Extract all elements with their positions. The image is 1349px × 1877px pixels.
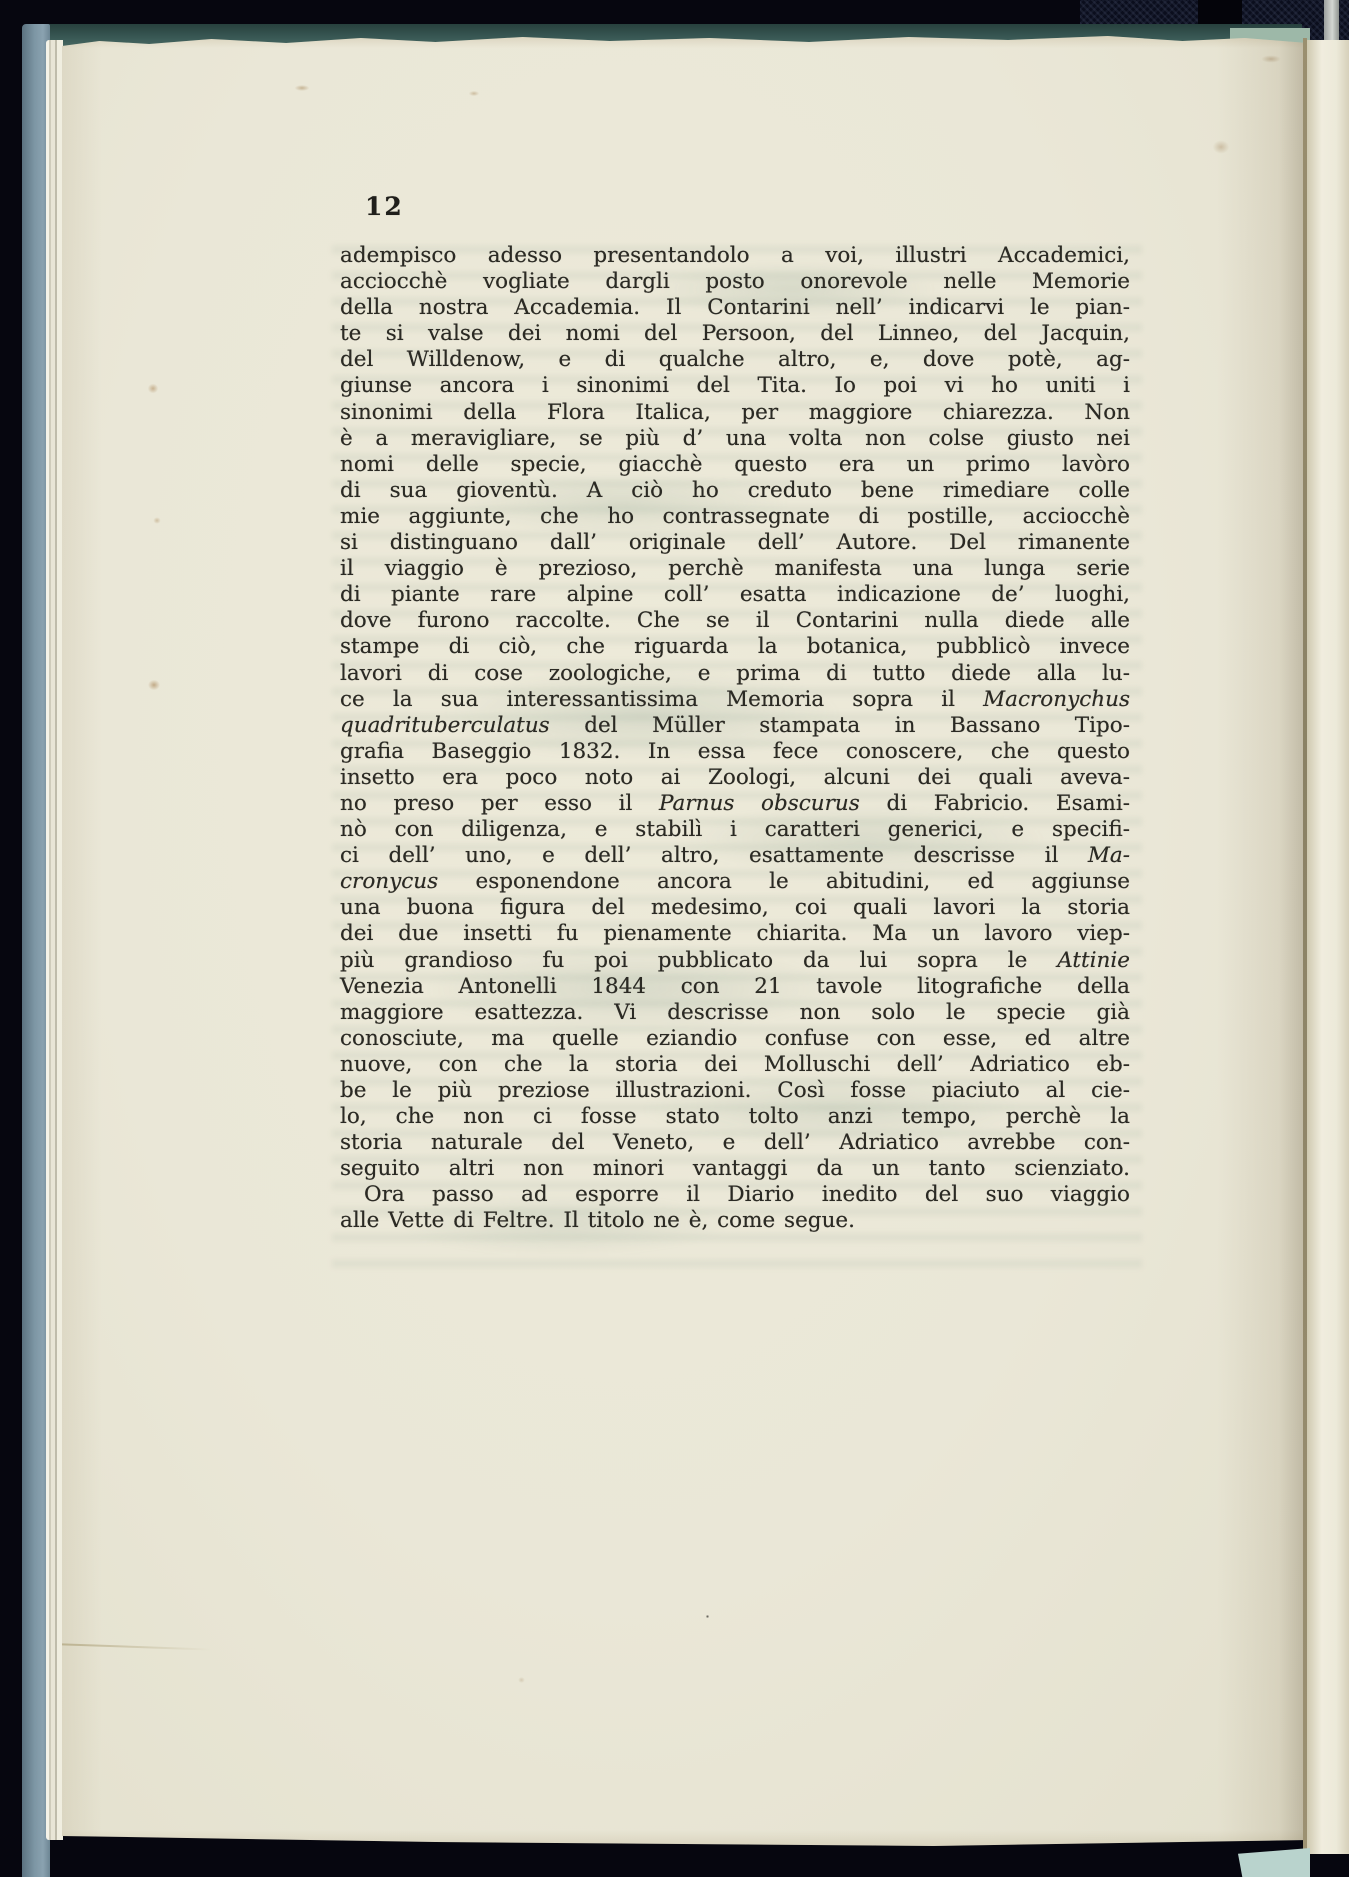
- text-line: Ora passo ad esporre il Diario inedito d…: [340, 1182, 1130, 1208]
- text-line: una buona figura del medesimo, coi quali…: [340, 895, 1130, 921]
- cover-bottom-right-edge: [1238, 1848, 1310, 1877]
- text-segment: il viaggio è prezioso, perchè manifesta …: [340, 556, 1130, 581]
- italic-text-segment: Attinie: [1057, 948, 1130, 973]
- italic-text-segment: Macronychus: [983, 687, 1130, 712]
- page-stack-edges: [46, 40, 63, 1840]
- text-segment: lo, che non ci fosse stato tolto anzi te…: [340, 1104, 1130, 1129]
- text-line: dove furono raccolte. Che se il Contarin…: [340, 608, 1130, 634]
- text-segment: seguito altri non minori vantaggi da un …: [340, 1156, 1130, 1181]
- text-segment: grafia Baseggio 1832. In essa fece conos…: [340, 739, 1130, 764]
- text-segment: del Willdenow, e di qualche altro, e, do…: [340, 347, 1130, 372]
- text-segment: no preso per esso il: [340, 791, 659, 816]
- text-segment: lavori di cose zoologiche, e prima di tu…: [340, 661, 1130, 686]
- italic-text-segment: Ma-: [1088, 843, 1130, 868]
- text-segment: alle Vette di Feltre. Il titolo ne è, co…: [340, 1208, 855, 1233]
- text-segment: acciocchè vogliate dargli posto onorevol…: [340, 269, 1130, 294]
- text-line: del Willdenow, e di qualche altro, e, do…: [340, 347, 1130, 373]
- book-page: 12 adempisco adesso presentandolo a voi,…: [62, 34, 1307, 1846]
- text-line: lavori di cose zoologiche, e prima di tu…: [340, 661, 1130, 687]
- text-line: di sua gioventù. A ciò ho creduto bene r…: [340, 478, 1130, 504]
- text-line: più grandioso fu poi pubblicato da lui s…: [340, 948, 1130, 974]
- text-line: lo, che non ci fosse stato tolto anzi te…: [340, 1104, 1130, 1130]
- text-segment: ce la sua interessantissima Memoria sopr…: [340, 687, 983, 712]
- text-segment: conosciute, ma quelle eziandio confuse c…: [340, 1026, 1130, 1051]
- text-segment: adempisco adesso presentandolo a voi, il…: [340, 243, 1130, 268]
- text-line: ci dell’ uno, e dell’ altro, esattamente…: [340, 843, 1130, 869]
- text-segment: ci dell’ uno, e dell’ altro, esattamente…: [340, 843, 1088, 868]
- text-line: seguito altri non minori vantaggi da un …: [340, 1156, 1130, 1182]
- text-line: è a meravigliare, se più d’ una volta no…: [340, 426, 1130, 452]
- text-line: nomi delle specie, giacchè questo era un…: [340, 452, 1130, 478]
- text-segment: esponendone ancora le abitudini, ed aggi…: [438, 869, 1130, 894]
- text-line: conosciute, ma quelle eziandio confuse c…: [340, 1026, 1130, 1052]
- text-segment: una buona figura del medesimo, coi quali…: [340, 895, 1130, 920]
- text-line: adempisco adesso presentandolo a voi, il…: [340, 243, 1130, 269]
- text-line: mie aggiunte, che ho contrassegnate di p…: [340, 504, 1130, 530]
- text-line: cronycus esponendone ancora le abitudini…: [340, 869, 1130, 895]
- text-line: si distinguano dall’ originale dell’ Aut…: [340, 530, 1130, 556]
- text-segment: nomi delle specie, giacchè questo era un…: [340, 452, 1130, 477]
- text-segment: dei due insetti fu pienamente chiarita. …: [340, 921, 1130, 946]
- text-line: stampe di ciò, che riguarda la botanica,…: [340, 634, 1130, 660]
- text-segment: Venezia Antonelli 1844 con 21 tavole lit…: [340, 974, 1130, 999]
- text-line: nuove, con che la storia dei Molluschi d…: [340, 1052, 1130, 1078]
- italic-text-segment: cronycus: [340, 869, 438, 894]
- text-segment: si distinguano dall’ originale dell’ Aut…: [340, 530, 1130, 555]
- text-segment: maggiore esattezza. Vi descrisse non sol…: [340, 1000, 1130, 1025]
- text-segment: mie aggiunte, che ho contrassegnate di p…: [340, 504, 1130, 529]
- text-segment: di Fabricio. Esami-: [860, 791, 1130, 816]
- text-line: storia naturale del Veneto, e dell’ Adri…: [340, 1130, 1130, 1156]
- text-segment: della nostra Accademia. Il Contarini nel…: [340, 295, 1130, 320]
- page-number: 12: [365, 192, 404, 221]
- text-line: quadrituberculatus del Müller stampata i…: [340, 713, 1130, 739]
- text-line: te si valse dei nomi del Persoon, del Li…: [340, 321, 1130, 347]
- text-line: acciocchè vogliate dargli posto onorevol…: [340, 269, 1130, 295]
- text-line: Venezia Antonelli 1844 con 21 tavole lit…: [340, 974, 1130, 1000]
- text-lines: adempisco adesso presentandolo a voi, il…: [340, 243, 1130, 1235]
- text-line: grafia Baseggio 1832. In essa fece conos…: [340, 739, 1130, 765]
- text-segment: storia naturale del Veneto, e dell’ Adri…: [340, 1130, 1130, 1155]
- italic-text-segment: quadrituberculatus: [340, 713, 550, 738]
- text-segment: stampe di ciò, che riguarda la botanica,…: [340, 634, 1130, 659]
- text-segment: più grandioso fu poi pubblicato da lui s…: [340, 948, 1057, 973]
- text-line: della nostra Accademia. Il Contarini nel…: [340, 295, 1130, 321]
- text-line: maggiore esattezza. Vi descrisse non sol…: [340, 1000, 1130, 1026]
- scanned-book-photo: 12 adempisco adesso presentandolo a voi,…: [0, 0, 1349, 1877]
- text-line: sinonimi della Flora Italica, per maggio…: [340, 400, 1130, 426]
- text-line: no preso per esso il Parnus obscurus di …: [340, 791, 1130, 817]
- text-segment: giunse ancora i sinonimi del Tita. Io po…: [340, 373, 1130, 398]
- text-segment: di piante rare alpine coll’ esatta indic…: [340, 582, 1130, 607]
- italic-text-segment: Parnus obscurus: [659, 791, 860, 816]
- text-line: giunse ancora i sinonimi del Tita. Io po…: [340, 373, 1130, 399]
- text-segment: te si valse dei nomi del Persoon, del Li…: [340, 321, 1130, 346]
- text-line: il viaggio è prezioso, perchè manifesta …: [340, 556, 1130, 582]
- text-segment: dove furono raccolte. Che se il Contarin…: [340, 608, 1130, 633]
- text-segment: nuove, con che la storia dei Molluschi d…: [340, 1052, 1130, 1077]
- text-segment: sinonimi della Flora Italica, per maggio…: [340, 400, 1130, 425]
- text-segment: insetto era poco noto ai Zoologi, alcuni…: [340, 765, 1130, 790]
- text-line: di piante rare alpine coll’ esatta indic…: [340, 582, 1130, 608]
- text-line: dei due insetti fu pienamente chiarita. …: [340, 921, 1130, 947]
- text-segment: è a meravigliare, se più d’ una volta no…: [340, 426, 1130, 451]
- text-line: be le più preziose illustrazioni. Così f…: [340, 1078, 1130, 1104]
- text-line: ce la sua interessantissima Memoria sopr…: [340, 687, 1130, 713]
- text-line: alle Vette di Feltre. Il titolo ne è, co…: [340, 1208, 1130, 1234]
- text-segment: Ora passo ad esporre il Diario inedito d…: [364, 1182, 1130, 1207]
- text-line: insetto era poco noto ai Zoologi, alcuni…: [340, 765, 1130, 791]
- text-segment: be le più preziose illustrazioni. Così f…: [340, 1078, 1130, 1103]
- text-segment: nò con diligenza, e stabilì i caratteri …: [340, 817, 1130, 842]
- text-segment: di sua gioventù. A ciò ho creduto bene r…: [340, 478, 1130, 503]
- next-page-strip: [1307, 40, 1349, 1854]
- text-line: nò con diligenza, e stabilì i caratteri …: [340, 817, 1130, 843]
- text-segment: del Müller stampata in Bassano Tipo-: [550, 713, 1130, 738]
